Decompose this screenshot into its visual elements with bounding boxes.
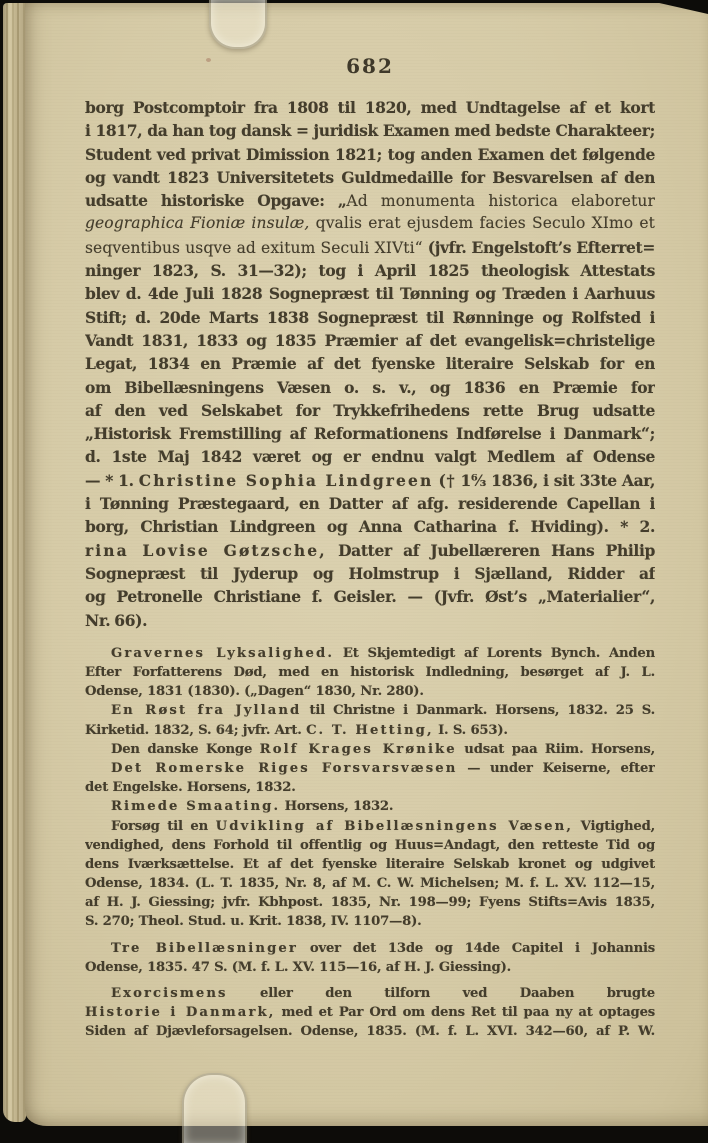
text-line: af H. J. Giessing; jvfr. Kbhpost. 1835, …: [85, 893, 655, 912]
page-edge-stack: [3, 3, 26, 1122]
bibliography-entry: Rimede Smaating. Horsens, 1832.: [85, 797, 655, 816]
text-line: borg Postcomptoir fra 1808 til 1820, med…: [85, 96, 655, 119]
paper-speck: [206, 58, 211, 62]
text-line: i 1817, da han tog dansk = juridisk Exam…: [85, 119, 655, 142]
text-line: Det Romerske Riges Forsvarsvæsen — under…: [85, 759, 655, 778]
text-line: geographica Fioniæ insulæ, qvalis erat e…: [85, 212, 655, 235]
text-line: Den danske Konge Rolf Krages Krønike uds…: [85, 740, 655, 759]
text-line: Gravernes Lyksalighed. Et Skjemtedigt af…: [85, 644, 655, 663]
book-page: 682 borg Postcomptoir fra 1808 til 1820,…: [25, 3, 708, 1126]
page-text-column: 682 borg Postcomptoir fra 1808 til 1820,…: [85, 53, 655, 1042]
text-line: og Petronelle Christiane f. Geisler. — (…: [85, 585, 655, 608]
scanned-book-page: 682 borg Postcomptoir fra 1808 til 1820,…: [0, 0, 708, 1143]
text-line: Vandt 1831, 1833 og 1835 Præmier af det …: [85, 329, 655, 352]
text-line: og vandt 1823 Universitetets Guldmedaill…: [85, 166, 655, 189]
text-line: Nr. 66).: [85, 609, 655, 632]
text-line: om Bibellæsningens Væsen o. s. v., og 18…: [85, 376, 655, 399]
text-line: udsatte historiske Opgave: „Ad monumenta…: [85, 189, 655, 212]
text-line: seqventibus usqve ad exitum Seculi XIVti…: [85, 236, 655, 259]
text-line: af den ved Selskabet for Trykkefrihedens…: [85, 399, 655, 422]
text-line: Legat, 1834 en Præmie af det fyenske lit…: [85, 352, 655, 375]
text-line: Odense, 1831 (1830). („Dagen“ 1830, Nr. …: [85, 682, 655, 701]
text-line: Exorcismens eller den tilforn ved Daaben…: [85, 984, 655, 1003]
text-line: Student ved privat Dimission 1821; tog a…: [85, 143, 655, 166]
biography-paragraph: borg Postcomptoir fra 1808 til 1820, med…: [85, 96, 655, 632]
page-number: 682: [85, 53, 655, 79]
bibliography-section: Gravernes Lyksalighed. Et Skjemtedigt af…: [85, 644, 655, 1042]
text-line: i Tønning Præstegaard, en Datter af afg.…: [85, 492, 655, 515]
text-line: det Engelske. Horsens, 1832.: [85, 778, 655, 797]
text-line: „Historisk Fremstilling af Reformationen…: [85, 422, 655, 445]
bibliography-entry: Exorcismens eller den tilforn ved Daaben…: [85, 984, 655, 1042]
text-line: Siden af Djævleforsagelsen. Odense, 1835…: [85, 1022, 655, 1041]
text-line: Rimede Smaating. Horsens, 1832.: [85, 797, 655, 816]
text-line: vendighed, dens Forhold til offentlig og…: [85, 836, 655, 855]
text-line: Tre Bibellæsninger over det 13de og 14de…: [85, 939, 655, 958]
text-line: Odense, 1835. 47 S. (M. f. L. XV. 115—16…: [85, 958, 655, 977]
text-line: ninger 1823, S. 31—32); tog i April 1825…: [85, 259, 655, 282]
bibliography-entry: En Røst fra Jylland til Christne i Danma…: [85, 701, 655, 739]
text-line: Forsøg til en Udvikling af Bibellæsninge…: [85, 817, 655, 836]
text-line: dens Iværksættelse. Et af det fyenske li…: [85, 855, 655, 874]
bibliography-entry: Forsøg til en Udvikling af Bibellæsninge…: [85, 817, 655, 932]
text-line: S. 270; Theol. Stud. u. Krit. 1838, IV. …: [85, 912, 655, 931]
page-holder-clip-bottom: [182, 1073, 247, 1143]
bibliography-entry: Den danske Konge Rolf Krages Krønike uds…: [85, 740, 655, 759]
text-line: Sognepræst til Jyderup og Holmstrup i Sj…: [85, 562, 655, 585]
bibliography-entry: Det Romerske Riges Forsvarsvæsen — under…: [85, 759, 655, 797]
text-line: rina Lovise Gøtzsche, Datter af Jubellær…: [85, 539, 655, 562]
text-line: — * 1. Christine Sophia Lindgreen († 1⁶⁄…: [85, 469, 655, 492]
text-line: Historie i Danmark, med et Par Ord om de…: [85, 1003, 655, 1022]
text-line: blev d. 4de Juli 1828 Sognepræst til Tøn…: [85, 282, 655, 305]
scan-corner-shadow: [646, 0, 708, 14]
text-line: Kirketid. 1832, S. 64; jvfr. Art. C. T. …: [85, 721, 655, 740]
text-line: Stift; d. 20de Marts 1838 Sognepræst til…: [85, 306, 655, 329]
text-line: En Røst fra Jylland til Christne i Danma…: [85, 701, 655, 720]
text-line: d. 1ste Maj 1842 været og er endnu valgt…: [85, 445, 655, 468]
text-line: borg, Christian Lindgreen og Anna Cathar…: [85, 515, 655, 538]
page-holder-clip-top: [209, 0, 267, 49]
bibliography-entry: Gravernes Lyksalighed. Et Skjemtedigt af…: [85, 644, 655, 702]
bibliography-entry: Tre Bibellæsninger over det 13de og 14de…: [85, 939, 655, 977]
text-line: Efter Forfatterens Død, med en historisk…: [85, 663, 655, 682]
text-line: Odense, 1834. (L. T. 1835, Nr. 8, af M. …: [85, 874, 655, 893]
